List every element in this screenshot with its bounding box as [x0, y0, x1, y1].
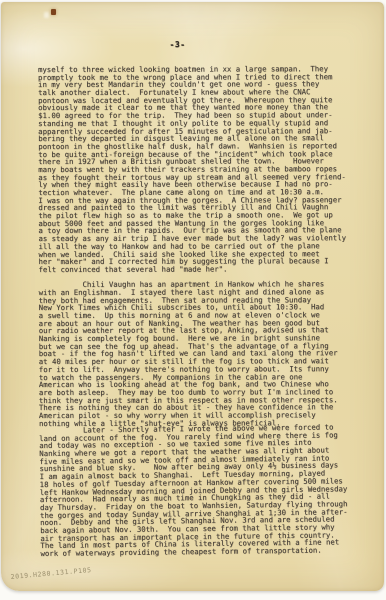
letter-body: myself to three wicked looking boatmen i… [38, 65, 374, 558]
letter-line: felt convinced that several had "made he… [39, 265, 374, 274]
letter-paragraph: Later - Shortly after I wrote the above … [39, 423, 376, 558]
letter-line: work of waterways providing the cheapest… [40, 546, 375, 558]
accession-number-pencil: 2019.H280.131.P105 [10, 566, 92, 581]
letter-paragraph: myself to three wicked looking boatmen i… [38, 65, 374, 273]
page-number: -3- [1, 40, 354, 49]
letter-page: -3- myself to three wicked looking boatm… [1, 2, 384, 591]
letter-paragraph: Chili Vaughn has an apartment in Hankow … [39, 280, 374, 427]
rust-stain [51, 9, 56, 15]
